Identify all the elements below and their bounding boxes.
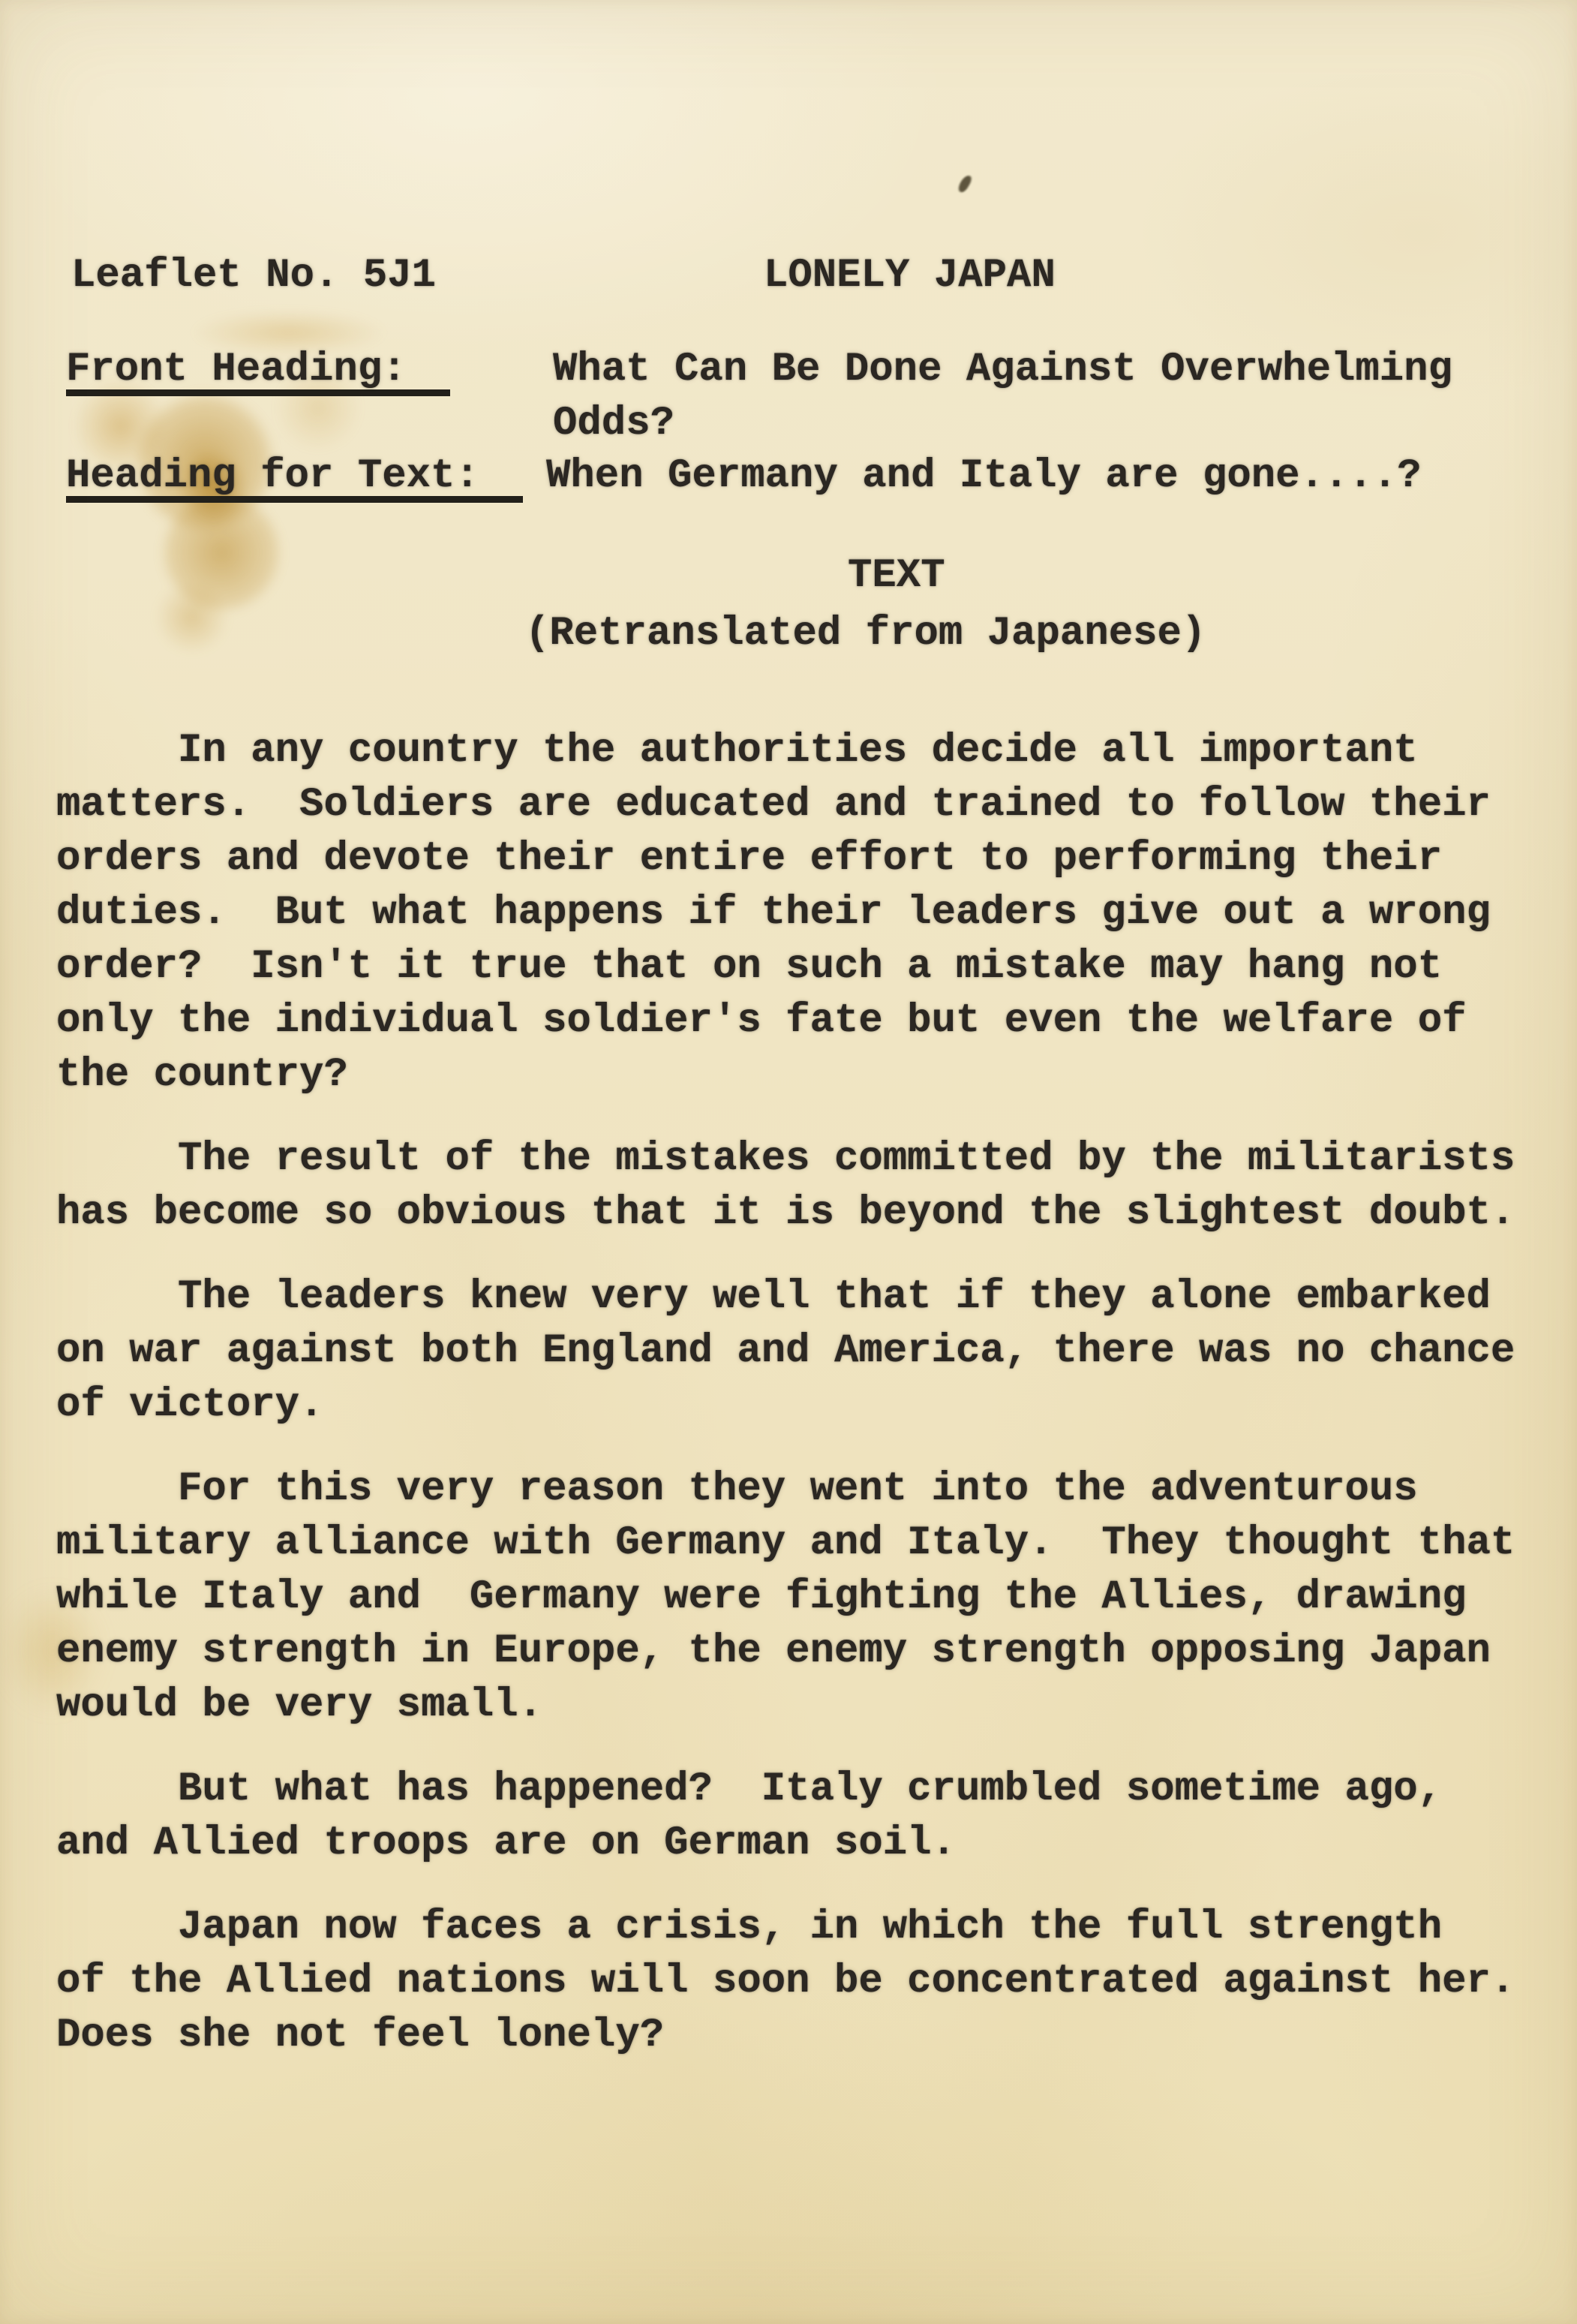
front-heading-text: What Can Be Done Against Overwhelming Od… <box>553 343 1452 451</box>
front-heading-label: Front Heading: <box>66 343 450 397</box>
paragraph-2: The result of the mistakes committed by … <box>56 1132 1558 1240</box>
document-title: LONELY JAPAN <box>764 249 1056 303</box>
paragraph-4: For this very reason they went into the … <box>56 1463 1558 1733</box>
section-subtitle: (Retranslated from Japanese) <box>525 607 1206 661</box>
paragraph-1: In any country the authorities decide al… <box>56 724 1558 1102</box>
section-title: TEXT <box>848 549 945 603</box>
paragraph-5: But what has happened? Italy crumbled so… <box>56 1763 1558 1871</box>
text-heading-value: When Germany and Italy are gone....? <box>546 449 1422 504</box>
stray-ink-mark <box>956 175 974 194</box>
paragraph-6: Japan now faces a crisis, in which the f… <box>56 1901 1558 2063</box>
body-text: In any country the authorities decide al… <box>56 724 1558 2093</box>
leaflet-number: Leaflet No. 5J1 <box>71 249 436 303</box>
document-page: Leaflet No. 5J1 LONELY JAPAN Front Headi… <box>0 0 1577 2324</box>
paragraph-3: The leaders knew very well that if they … <box>56 1270 1558 1433</box>
text-heading-label: Heading for Text: <box>66 449 523 504</box>
